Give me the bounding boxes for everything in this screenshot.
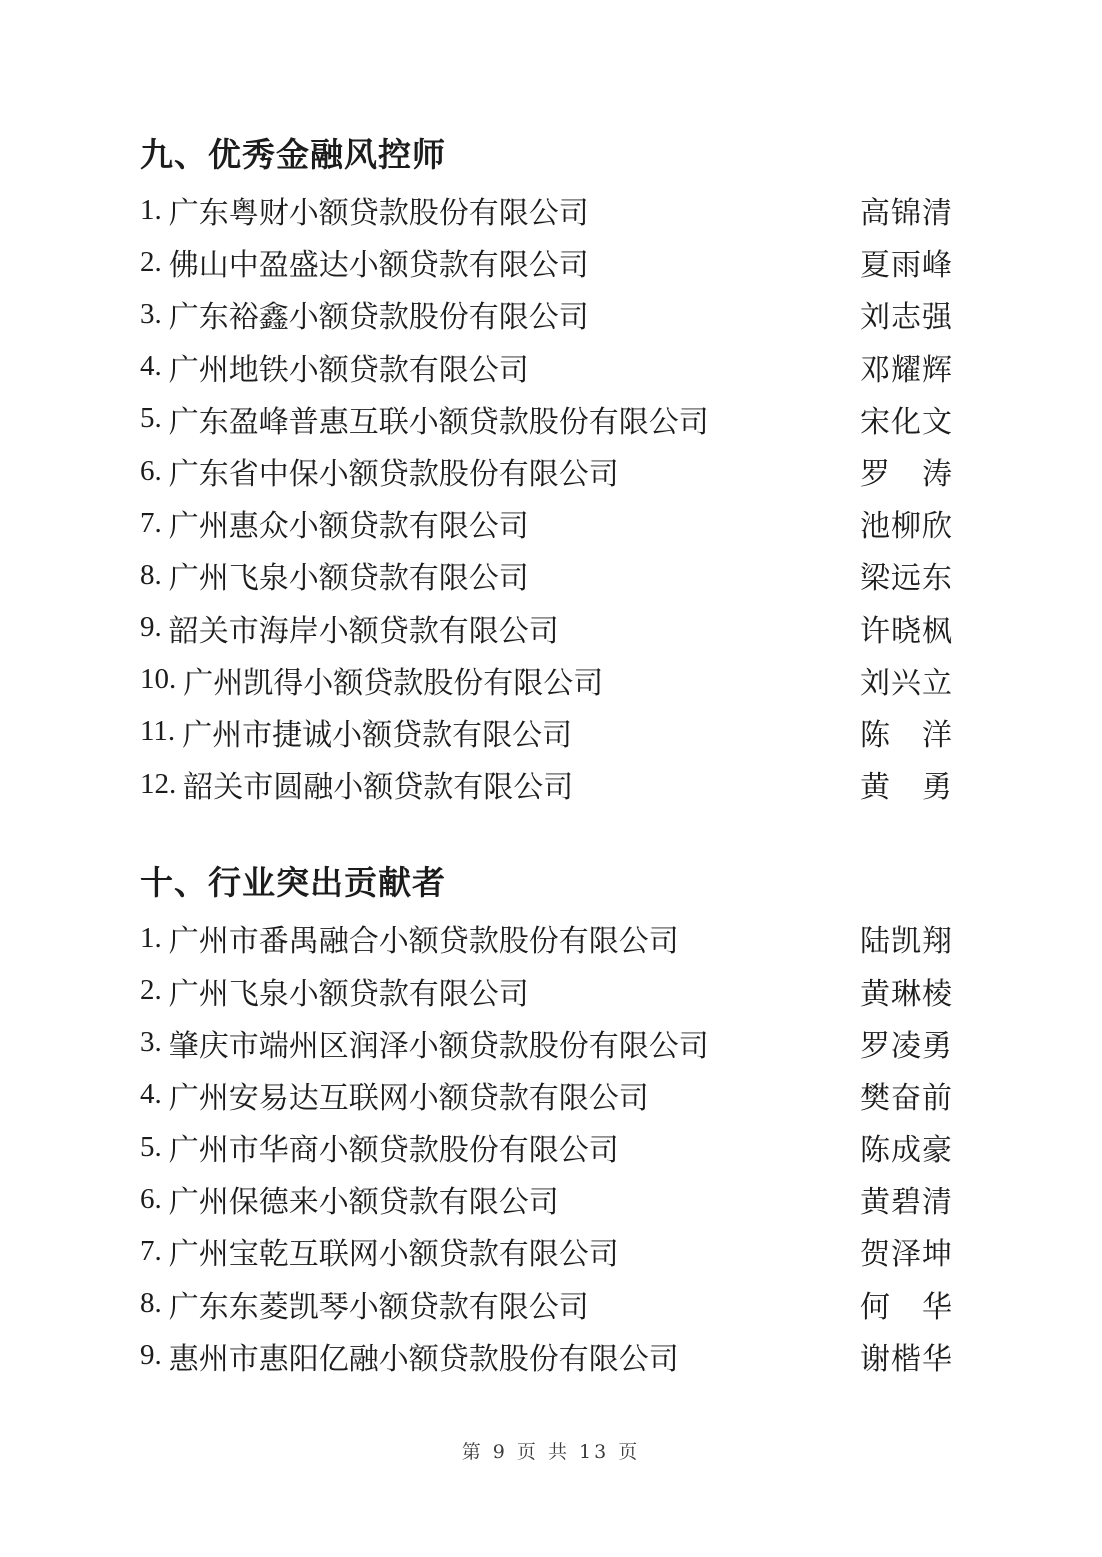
company-name: 广东裕鑫小额贷款股份有限公司: [169, 292, 860, 336]
company-name: 广州凯得小额贷款股份有限公司: [183, 658, 860, 702]
recipient-name: 高锦清: [860, 188, 952, 232]
award-row: 5. 广州市华商小额贷款股份有限公司 陈成豪: [140, 1121, 952, 1173]
company-name: 广州惠众小额贷款有限公司: [169, 501, 860, 545]
document-content: 九、优秀金融风控师 1. 广东粤财小额贷款股份有限公司 高锦清 2. 佛山中盈盛…: [140, 126, 952, 1382]
item-number: 11.: [140, 715, 175, 748]
recipient-name: 梁远东: [860, 553, 952, 597]
item-number: 6.: [140, 455, 162, 488]
company-name: 广东盈峰普惠互联小额贷款股份有限公司: [169, 397, 860, 441]
item-number: 8.: [140, 559, 162, 592]
document-page: 九、优秀金融风控师 1. 广东粤财小额贷款股份有限公司 高锦清 2. 佛山中盈盛…: [0, 0, 1102, 1557]
item-number: 7.: [140, 1235, 162, 1268]
award-row: 3. 肇庆市端州区润泽小额贷款股份有限公司 罗凌勇: [140, 1017, 952, 1069]
award-row: 8. 广州飞泉小额贷款有限公司 梁远东: [140, 549, 952, 601]
award-row: 3. 广东裕鑫小额贷款股份有限公司 刘志强: [140, 288, 952, 340]
recipient-name: 罗 涛: [860, 449, 952, 493]
company-name: 广州地铁小额贷款有限公司: [169, 345, 860, 389]
item-number: 10.: [140, 663, 176, 696]
award-row: 1. 广州市番禺融合小额贷款股份有限公司 陆凯翔: [140, 912, 952, 964]
company-name: 广州市华商小额贷款股份有限公司: [169, 1125, 860, 1169]
recipient-name: 池柳欣: [860, 501, 952, 545]
item-number: 4.: [140, 350, 162, 383]
recipient-name: 刘兴立: [860, 658, 952, 702]
award-row: 4. 广州地铁小额贷款有限公司 邓耀辉: [140, 341, 952, 393]
page-number-footer: 第 9 页 共 13 页: [0, 1437, 1102, 1464]
company-name: 广州保德来小额贷款有限公司: [169, 1177, 860, 1221]
award-row: 7. 广州宝乾互联网小额贷款有限公司 贺泽坤: [140, 1225, 952, 1277]
company-name: 韶关市海岸小额贷款有限公司: [169, 606, 860, 650]
recipient-name: 黄碧清: [860, 1177, 952, 1221]
award-row: 6. 广东省中保小额贷款股份有限公司 罗 涛: [140, 445, 952, 497]
item-number: 2.: [140, 246, 162, 279]
award-row: 2. 广州飞泉小额贷款有限公司 黄琳棱: [140, 964, 952, 1016]
recipient-name: 宋化文: [860, 397, 952, 441]
award-row: 10. 广州凯得小额贷款股份有限公司 刘兴立: [140, 654, 952, 706]
award-row: 5. 广东盈峰普惠互联小额贷款股份有限公司 宋化文: [140, 393, 952, 445]
company-name: 广州飞泉小额贷款有限公司: [169, 553, 860, 597]
item-number: 7.: [140, 507, 162, 540]
recipient-name: 陈 洋: [860, 710, 952, 754]
award-row: 9. 惠州市惠阳亿融小额贷款股份有限公司 谢楷华: [140, 1330, 952, 1382]
recipient-name: 何 华: [860, 1282, 952, 1326]
company-name: 广东粤财小额贷款股份有限公司: [169, 188, 860, 232]
section-title-9: 九、优秀金融风控师: [140, 126, 952, 178]
recipient-name: 罗凌勇: [860, 1021, 952, 1065]
company-name: 肇庆市端州区润泽小额贷款股份有限公司: [169, 1021, 860, 1065]
item-number: 9.: [140, 611, 162, 644]
award-row: 6. 广州保德来小额贷款有限公司 黄碧清: [140, 1173, 952, 1225]
recipient-name: 谢楷华: [860, 1334, 952, 1378]
company-name: 韶关市圆融小额贷款有限公司: [183, 762, 860, 806]
award-row: 11. 广州市捷诚小额贷款有限公司 陈 洋: [140, 706, 952, 758]
recipient-name: 陆凯翔: [860, 916, 952, 960]
item-number: 12.: [140, 768, 176, 801]
award-row: 7. 广州惠众小额贷款有限公司 池柳欣: [140, 497, 952, 549]
recipient-name: 樊奋前: [860, 1073, 952, 1117]
recipient-name: 夏雨峰: [860, 240, 952, 284]
company-name: 惠州市惠阳亿融小额贷款股份有限公司: [169, 1334, 860, 1378]
item-number: 1.: [140, 922, 162, 955]
award-row: 4. 广州安易达互联网小额贷款有限公司 樊奋前: [140, 1069, 952, 1121]
item-number: 4.: [140, 1078, 162, 1111]
recipient-name: 黄 勇: [860, 762, 952, 806]
recipient-name: 邓耀辉: [860, 345, 952, 389]
recipient-name: 刘志强: [860, 292, 952, 336]
award-row: 9. 韶关市海岸小额贷款有限公司 许晓枫: [140, 602, 952, 654]
company-name: 广州市捷诚小额贷款有限公司: [182, 710, 860, 754]
section-title-10: 十、行业突出贡献者: [140, 854, 952, 906]
company-name: 广州宝乾互联网小额贷款有限公司: [169, 1229, 860, 1273]
company-name: 广州飞泉小额贷款有限公司: [169, 969, 860, 1013]
recipient-name: 陈成豪: [860, 1125, 952, 1169]
company-name: 佛山中盈盛达小额贷款有限公司: [169, 240, 860, 284]
section-gap: [140, 810, 952, 854]
item-number: 2.: [140, 974, 162, 1007]
award-row: 12. 韶关市圆融小额贷款有限公司 黄 勇: [140, 758, 952, 810]
award-row: 1. 广东粤财小额贷款股份有限公司 高锦清: [140, 184, 952, 236]
item-number: 1.: [140, 194, 162, 227]
item-number: 9.: [140, 1339, 162, 1372]
item-number: 5.: [140, 402, 162, 435]
recipient-name: 黄琳棱: [860, 969, 952, 1013]
company-name: 广东省中保小额贷款股份有限公司: [169, 449, 860, 493]
award-row: 8. 广东东菱凯琴小额贷款有限公司 何 华: [140, 1278, 952, 1330]
company-name: 广州安易达互联网小额贷款有限公司: [169, 1073, 860, 1117]
recipient-name: 许晓枫: [860, 606, 952, 650]
item-number: 3.: [140, 1026, 162, 1059]
item-number: 6.: [140, 1183, 162, 1216]
company-name: 广州市番禺融合小额贷款股份有限公司: [169, 916, 860, 960]
award-row: 2. 佛山中盈盛达小额贷款有限公司 夏雨峰: [140, 236, 952, 288]
item-number: 8.: [140, 1287, 162, 1320]
item-number: 3.: [140, 298, 162, 331]
recipient-name: 贺泽坤: [860, 1229, 952, 1273]
company-name: 广东东菱凯琴小额贷款有限公司: [169, 1282, 860, 1326]
item-number: 5.: [140, 1131, 162, 1164]
